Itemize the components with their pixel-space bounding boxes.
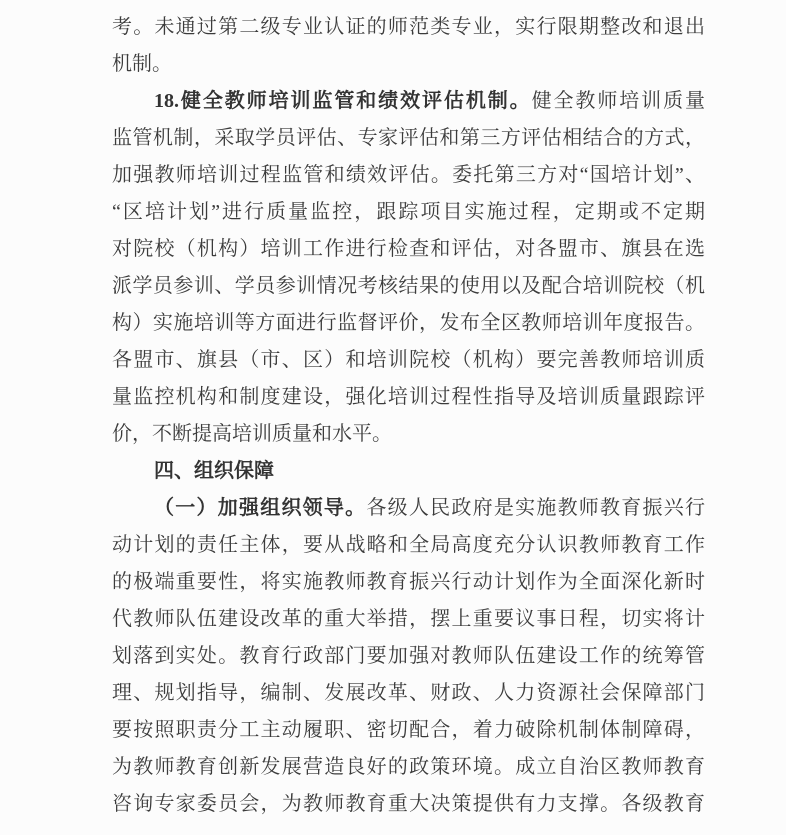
text-line: 价，不断提高培训质量和水平。 — [112, 416, 705, 453]
text-line: 咨询专家委员会，为教师教育重大决策提供有力支撑。各级教育 — [112, 786, 705, 823]
text-line: 监管机制，采取学员评估、专家评估和第三方评估相结合的方式， — [112, 120, 705, 157]
text-line: 理、规划指导，编制、发展改革、财政、人力资源社会保障部门 — [112, 675, 705, 712]
text-segment: 要按照职责分工主动履职、密切配合，着力破除机制体制障碍， — [112, 719, 705, 741]
text-segment: 健全教师培训质量 — [532, 90, 705, 112]
text-segment: 代教师队伍建设改革的重大举措，摆上重要议事日程，切实将计 — [112, 608, 705, 630]
text-line: 的极端重要性，将实施教师教育振兴行动计划作为全面深化新时 — [112, 564, 705, 601]
text-segment: 的极端重要性，将实施教师教育振兴行动计划作为全面深化新时 — [112, 571, 705, 593]
text-line: 构）实施培训等方面进行监督评价，发布全区教师培训年度报告。 — [112, 305, 705, 342]
text-segment: “区培计划”进行质量监控，跟踪项目实施过程，定期或不定期 — [112, 201, 705, 223]
text-line: 各盟市、旗县（市、区）和培训院校（机构）要完善教师培训质 — [112, 342, 705, 379]
text-segment: 为教师教育创新发展营造良好的政策环境。成立自治区教师教育 — [112, 756, 705, 778]
text-segment: 构）实施培训等方面进行监督评价，发布全区教师培训年度报告。 — [112, 312, 705, 334]
text-segment: 各盟市、旗县（市、区）和培训院校（机构）要完善教师培训质 — [112, 349, 705, 371]
text-line: 18.健全教师培训监管和绩效评估机制。健全教师培训质量 — [112, 83, 705, 120]
text-line: “区培计划”进行质量监控，跟踪项目实施过程，定期或不定期 — [112, 194, 705, 231]
text-line: 加强教师培训过程监管和绩效评估。委托第三方对“国培计划”、 — [112, 157, 705, 194]
text-line: 量监控机构和制度建设，强化培训过程性指导及培训质量跟踪评 — [112, 379, 705, 416]
text-segment: 动计划的责任主体，要从战略和全局高度充分认识教师教育工作 — [112, 534, 705, 556]
text-line: 派学员参训、学员参训情况考核结果的使用以及配合培训院校（机 — [112, 268, 705, 305]
bold-text-segment: （一）加强组织领导。 — [154, 497, 366, 519]
text-line: 机制。 — [112, 46, 705, 83]
text-line: 划落到实处。教育行政部门要加强对教师队伍建设工作的统筹管 — [112, 638, 705, 675]
document-page: 考。未通过第二级专业认证的师范类专业，实行限期整改和退出机制。18.健全教师培训… — [112, 9, 705, 823]
text-segment: 量监控机构和制度建设，强化培训过程性指导及培训质量跟踪评 — [112, 386, 705, 408]
bold-text-segment: 四、组织保障 — [154, 460, 274, 482]
bold-text-segment: 18.健全教师培训监管和绩效评估机制。 — [154, 90, 532, 112]
text-segment: 各级人民政府是实施教师教育振兴行 — [366, 497, 705, 519]
text-line: 代教师队伍建设改革的重大举措，摆上重要议事日程，切实将计 — [112, 601, 705, 638]
text-segment: 加强教师培训过程监管和绩效评估。委托第三方对“国培计划”、 — [112, 164, 705, 186]
text-line: 对院校（机构）培训工作进行检查和评估，对各盟市、旗县在选 — [112, 231, 705, 268]
text-line: 考。未通过第二级专业认证的师范类专业，实行限期整改和退出 — [112, 9, 705, 46]
text-line: （一）加强组织领导。各级人民政府是实施教师教育振兴行 — [112, 490, 705, 527]
text-segment: 理、规划指导，编制、发展改革、财政、人力资源社会保障部门 — [112, 682, 705, 704]
text-segment: 监管机制，采取学员评估、专家评估和第三方评估相结合的方式， — [112, 127, 705, 149]
text-line: 动计划的责任主体，要从战略和全局高度充分认识教师教育工作 — [112, 527, 705, 564]
document-viewport: 考。未通过第二级专业认证的师范类专业，实行限期整改和退出机制。18.健全教师培训… — [0, 0, 786, 835]
text-segment: 机制。 — [112, 53, 172, 75]
text-line: 四、组织保障 — [112, 453, 705, 490]
text-segment: 对院校（机构）培训工作进行检查和评估，对各盟市、旗县在选 — [112, 238, 705, 260]
text-line: 要按照职责分工主动履职、密切配合，着力破除机制体制障碍， — [112, 712, 705, 749]
text-segment: 价，不断提高培训质量和水平。 — [112, 423, 392, 445]
text-segment: 考。未通过第二级专业认证的师范类专业，实行限期整改和退出 — [112, 16, 705, 38]
text-segment: 派学员参训、学员参训情况考核结果的使用以及配合培训院校（机 — [112, 275, 705, 297]
text-line: 为教师教育创新发展营造良好的政策环境。成立自治区教师教育 — [112, 749, 705, 786]
text-segment: 咨询专家委员会，为教师教育重大决策提供有力支撑。各级教育 — [112, 793, 705, 815]
text-segment: 划落到实处。教育行政部门要加强对教师队伍建设工作的统筹管 — [112, 645, 705, 667]
